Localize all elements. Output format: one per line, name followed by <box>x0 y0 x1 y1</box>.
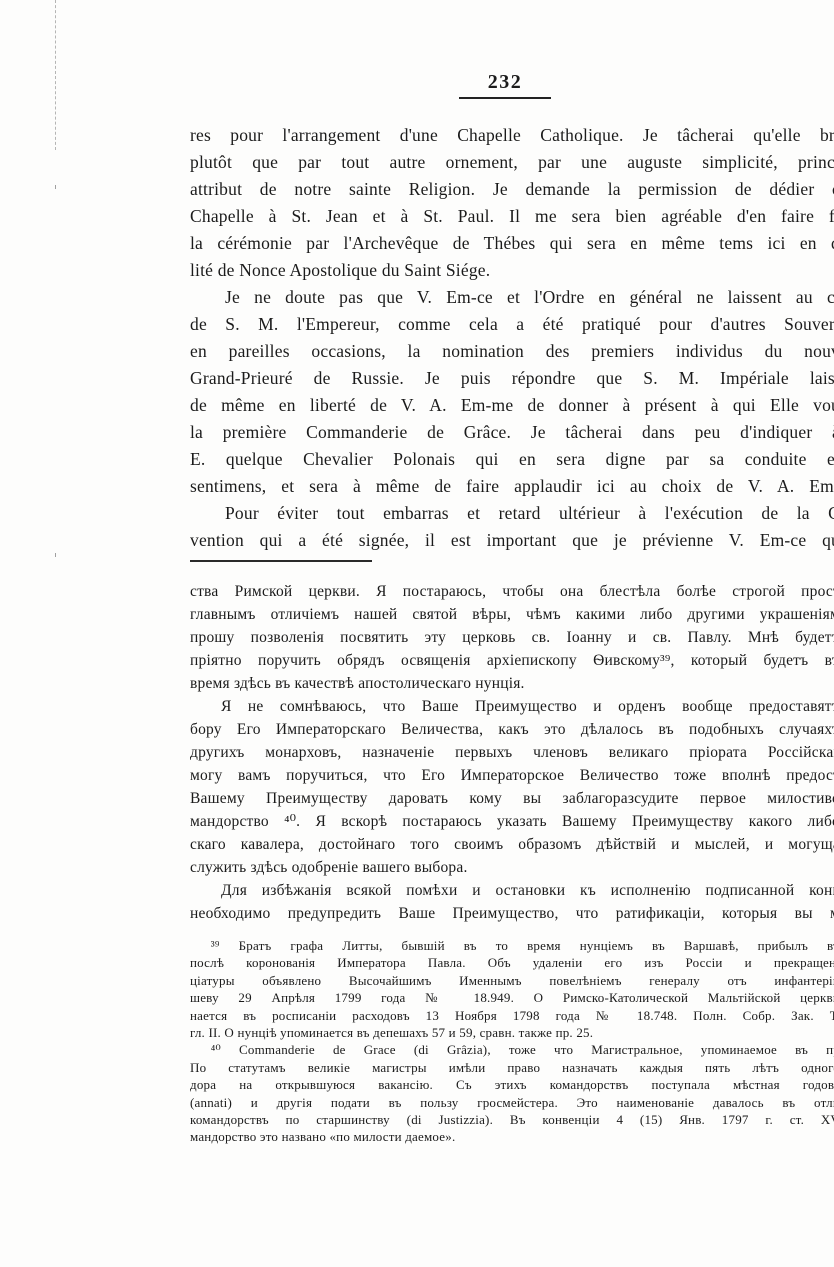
text-line: прошу позволенія посвятить эту церковь с… <box>190 626 834 649</box>
text-line: бору Его Императорскаго Величества, какъ… <box>190 718 834 741</box>
text-line: vention qui a été signée, il est importa… <box>190 527 834 554</box>
page-number: 232 <box>190 70 820 94</box>
russian-text-block: ства Римской церкви. Я постараюсь, чтобы… <box>190 580 834 925</box>
text-column: res pour l'arrangement d'une Chapelle Ca… <box>190 122 834 1146</box>
text-line: E. quelque Chevalier Polonais qui en ser… <box>190 446 834 473</box>
footnote-line: ³⁹ Братъ графа Литты, бывшій въ то время… <box>190 937 834 954</box>
binding-mark-dot <box>55 185 56 189</box>
page-header: 232 <box>190 70 820 99</box>
text-line: res pour l'arrangement d'une Chapelle Ca… <box>190 122 834 149</box>
text-line: la cérémonie par l'Archevêque de Thébes … <box>190 230 834 257</box>
text-line: Pour éviter tout embarras et retard ulté… <box>190 500 834 527</box>
text-line: служить здѣсь одобреніе вашего выбора. <box>190 856 834 879</box>
text-line: другихъ монарховъ, назначеніе первыхъ чл… <box>190 741 834 764</box>
scanned-book-page: 232 res pour l'arrangement d'une Chapell… <box>0 0 834 1267</box>
footnote-line: шеву 29 Апрѣля 1799 года № 18.949. О Рим… <box>190 989 834 1006</box>
text-line: Grand-Prieuré de Russie. Je puis répondr… <box>190 365 834 392</box>
footnote-line: ціатуры объявлено Высочайшимъ Именнымъ п… <box>190 972 834 989</box>
text-line: главнымъ отличіемъ нашей святой вѣры, чѣ… <box>190 603 834 626</box>
text-line: Для избѣжанія всякой помѣхи и остановки … <box>190 879 834 902</box>
text-line: могу вамъ поручиться, что Его Императорс… <box>190 764 834 787</box>
text-line: мандорство ⁴⁰. Я вскорѣ постараюсь указа… <box>190 810 834 833</box>
text-line: скаго кавалера, достойнаго того своимъ о… <box>190 833 834 856</box>
text-line: необходимо предупредить Ваше Преимуществ… <box>190 902 834 925</box>
footnote-line: мандорство это названо «по милости даемо… <box>190 1128 834 1145</box>
page-number-rule <box>459 97 551 99</box>
binding-mark-line <box>55 0 56 150</box>
text-line: Вашему Преимуществу даровать кому вы заб… <box>190 787 834 810</box>
footnote-line: послѣ коронованія Императора Павла. Объ … <box>190 954 834 971</box>
text-line: Я не сомнѣваюсь, что Ваше Преимущество и… <box>190 695 834 718</box>
footnote-line: нается въ росписаніи расходовъ 13 Ноября… <box>190 1007 834 1024</box>
section-divider-rule <box>190 560 372 562</box>
text-line: Je ne doute pas que V. Em-ce et l'Ordre … <box>190 284 834 311</box>
text-line: la première Commanderie de Grâce. Je tâc… <box>190 419 834 446</box>
footnotes-block: ³⁹ Братъ графа Литты, бывшій въ то время… <box>190 937 834 1146</box>
text-line: de même en liberté de V. A. Em-me de don… <box>190 392 834 419</box>
text-line: de S. M. l'Empereur, comme cela a été pr… <box>190 311 834 338</box>
footnote-line: ⁴⁰ Commanderie de Grace (di Grâzia), тож… <box>190 1041 834 1058</box>
footnote-line: По статутамъ великіе магистры имѣли прав… <box>190 1059 834 1076</box>
text-line: ства Римской церкви. Я постараюсь, чтобы… <box>190 580 834 603</box>
text-line: sentimens, et sera à même de faire appla… <box>190 473 834 500</box>
text-line: lité de Nonce Apostolique du Saint Siége… <box>190 257 834 284</box>
text-line: время здѣсь въ качествѣ апостолическаго … <box>190 672 834 695</box>
footnote-line: командорствъ по старшинству (di Justizzi… <box>190 1111 834 1128</box>
text-line: plutôt que par tout autre ornement, par … <box>190 149 834 176</box>
binding-mark-dot <box>55 553 56 557</box>
text-line: Chapelle à St. Jean et à St. Paul. Il me… <box>190 203 834 230</box>
footnote-line: дора на открывшуюся вакансію. Съ этихъ к… <box>190 1076 834 1093</box>
footnote-line: (annati) и другія подати въ пользу гросм… <box>190 1094 834 1111</box>
french-text-block: res pour l'arrangement d'une Chapelle Ca… <box>190 122 834 554</box>
footnote-line: гл. II. О нунціѣ упоминается въ депешахъ… <box>190 1024 834 1041</box>
text-line: пріятно поручить обрядъ освященія архіеп… <box>190 649 834 672</box>
text-line: attribut de notre sainte Religion. Je de… <box>190 176 834 203</box>
text-line: en pareilles occasions, la nomination de… <box>190 338 834 365</box>
